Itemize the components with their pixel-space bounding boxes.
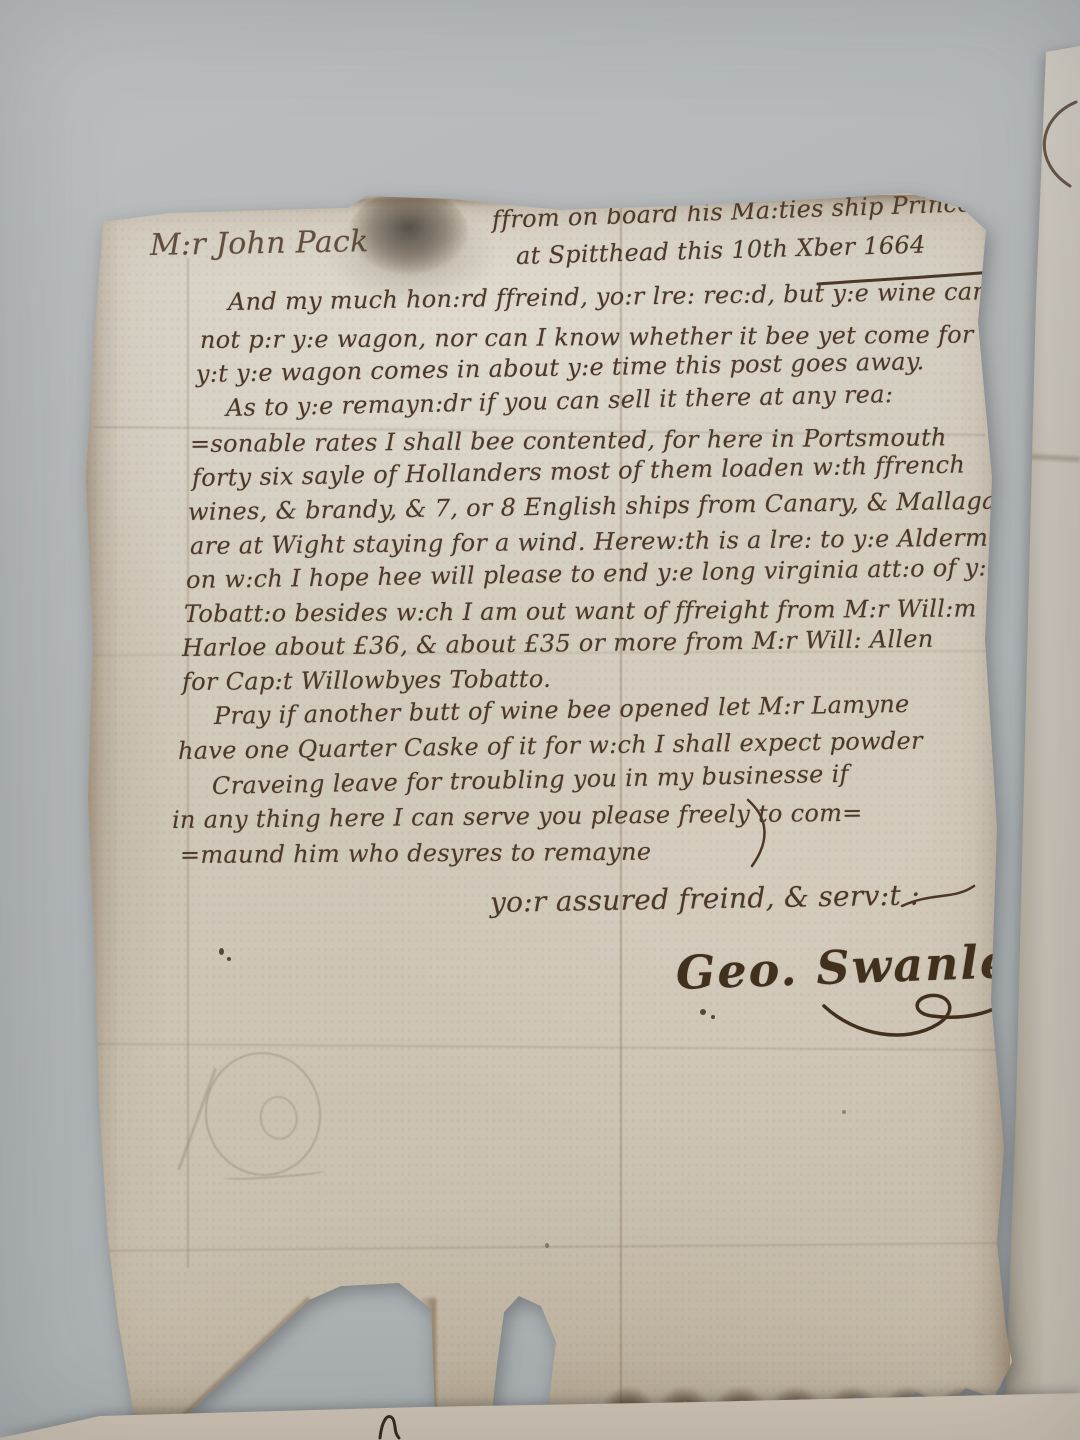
fragment-ink-mark	[380, 1416, 399, 1438]
bottom-fragment-edge-shading	[0, 1388, 1080, 1402]
bottom-fragment-wrapper	[0, 0, 1080, 1440]
bottom-fragment-ink-svg	[0, 0, 1080, 1440]
photograph-of-letter: M:r John Pack ffrom on board his Ma:ties…	[0, 0, 1080, 1440]
bottom-paper-fragment	[0, 0, 1080, 1440]
